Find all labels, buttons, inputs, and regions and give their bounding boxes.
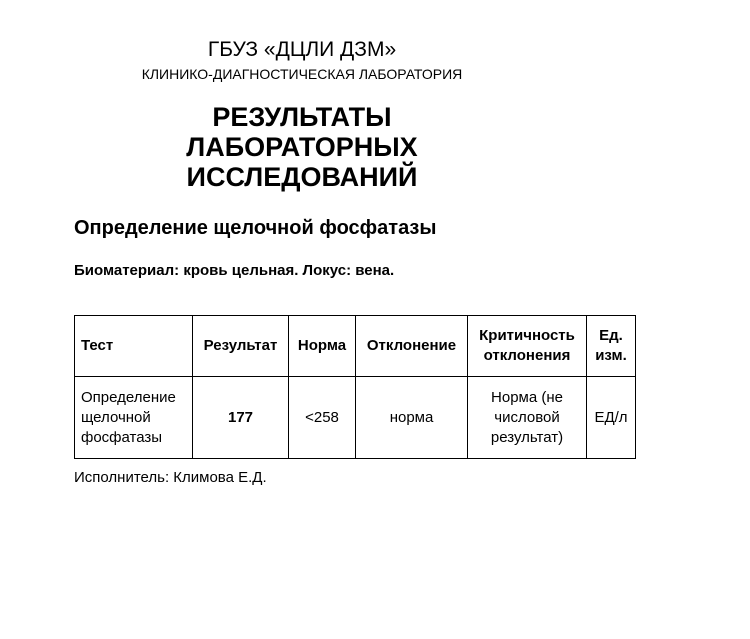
- cell-unit: ЕД/л: [587, 377, 636, 459]
- table-row: Определение щелочной фосфатазы 177 <258 …: [75, 377, 636, 459]
- header-criticality: Критичность отклонения: [468, 316, 587, 377]
- cell-criticality: Норма (не числовой результат): [468, 377, 587, 459]
- title-line: ИССЛЕДОВАНИЙ: [0, 162, 604, 192]
- header-norm: Норма: [289, 316, 356, 377]
- biomaterial-info: Биоматериал: кровь цельная. Локус: вена.: [74, 262, 394, 280]
- cell-norm: <258: [289, 377, 356, 459]
- header-deviation: Отклонение: [356, 316, 468, 377]
- test-name-heading: Определение щелочной фосфатазы: [74, 216, 436, 240]
- table-header-row: Тест Результат Норма Отклонение Критично…: [75, 316, 636, 377]
- laboratory-name: КЛИНИКО-ДИАГНОСТИЧЕСКАЯ ЛАБОРАТОРИЯ: [0, 66, 604, 83]
- header-result: Результат: [193, 316, 289, 377]
- title-line: РЕЗУЛЬТАТЫ: [0, 102, 604, 132]
- results-table: Тест Результат Норма Отклонение Критично…: [74, 315, 636, 459]
- document-title: РЕЗУЛЬТАТЫ ЛАБОРАТОРНЫХ ИССЛЕДОВАНИЙ: [0, 102, 604, 192]
- cell-test: Определение щелочной фосфатазы: [75, 377, 193, 459]
- title-line: ЛАБОРАТОРНЫХ: [0, 132, 604, 162]
- header-unit: Ед. изм.: [587, 316, 636, 377]
- header-test: Тест: [75, 316, 193, 377]
- cell-result: 177: [193, 377, 289, 459]
- executor-info: Исполнитель: Климова Е.Д.: [74, 469, 267, 487]
- cell-deviation: норма: [356, 377, 468, 459]
- organization-name: ГБУЗ «ДЦЛИ ДЗМ»: [0, 38, 604, 62]
